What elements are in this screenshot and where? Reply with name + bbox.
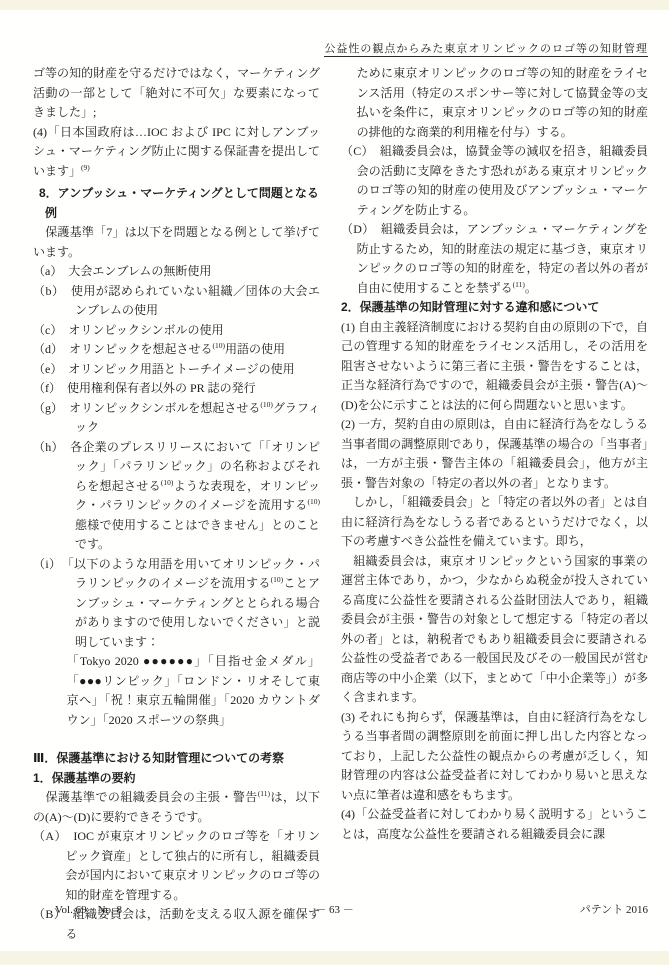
text-run: 大会エンブレムの無断使用 (68, 264, 211, 278)
text-run: (1) 自由主義経済制度における契約自由の原則の下で，自己の管理する知的財産をラ… (341, 320, 648, 412)
text-run: (4)「公益受益者に対してわかり易く説明する」ということは，高度な公益性を要請さ… (341, 807, 648, 841)
text-run: (4)「日本国政府は…IOC および IPC に対しアンブッシュ・マーケティング… (33, 125, 320, 178)
text-run: 。 (525, 281, 537, 295)
list-item-D: （D） 組織委員会は，アンブッシュ・マーケティングを防止するため，知的財産法の規… (341, 220, 648, 298)
paragraph-point-1: (1) 自由主義経済制度における契約自由の原則の下で，自己の管理する知的財産をラ… (341, 318, 648, 416)
text-run: しかし，「組織委員会」と「特定の者以外の者」とは自由に経済行為をなしうる者である… (341, 495, 648, 548)
list-item-marker: （a） (33, 264, 68, 278)
text-run: 組織委員会は，協賛金等の減収を招き，組織委員会の活動に支障をきたす恐れがある東京… (357, 144, 648, 217)
text-run: オリンピック用語とトーチイメージの使用 (68, 362, 294, 376)
list-item-g: （g） オリンピックシンボルを想起させる(10)グラフィック (33, 399, 320, 438)
list-item-marker: （b） (33, 284, 71, 298)
footnote-ref: (10) (308, 497, 321, 506)
list-item-marker: （c） (33, 323, 68, 337)
list-item-e: （e） オリンピック用語とトーチイメージの使用 (33, 360, 320, 380)
list-item-B-continuation: ために東京オリンピックのロゴ等の知的財産をライセンス活用（特定のスポンサー等に対… (341, 64, 648, 142)
text-run: 8．アンブッシュ・マーケティングとして問題となる 例 (39, 186, 319, 220)
text-run: 保護基準での組織委員会の主張・警告 (33, 790, 258, 804)
text-run: 用語の使用 (225, 342, 285, 356)
footnote-ref: (9) (81, 163, 90, 172)
subsection-heading-3-2: 2．保護基準の知財管理に対する違和感について (341, 298, 648, 318)
list-item-c: （c） オリンピックシンボルの使用 (33, 321, 320, 341)
list-item-A: （A） IOC が東京オリンピックのロゴ等を「オリンピック資産」として独占的に所… (33, 827, 320, 905)
list-item-marker: （f） (33, 381, 67, 395)
text-run: 2．保護基準の知財管理に対する違和感について (341, 300, 599, 314)
text-run: 使用が認められていない組織／団体の大会エンブレムの使用 (71, 284, 320, 318)
paragraph-point-4: (4)「公益受益者に対してわかり易く説明する」ということは，高度な公益性を要請さ… (341, 805, 648, 844)
list-item-marker: （g） (33, 401, 69, 415)
list-item-marker: （A） (33, 829, 73, 843)
text-run: 「Tokyo 2020 ●●●●●●」「目指せ金メダル」「●●●リンピック」「ロ… (67, 654, 320, 727)
list-item-f: （f） 使用権利保有者以外の PR 誌の発行 (33, 379, 320, 399)
article-body: ゴ等の知的財産を守るだけではなく，マーケティング活動の一部として「絶対に不可欠」… (33, 64, 648, 944)
list-item-b: （b） 使用が認められていない組織／団体の大会エンブレムの使用 (33, 282, 320, 321)
text-run: 保護基準「7」は以下を問題となる例として挙げています。 (33, 225, 320, 259)
list-item-marker: （d） (33, 342, 69, 356)
section-heading-3: Ⅲ．保護基準における知財管理についての考察 (33, 749, 320, 769)
list-item-d: （d） オリンピックを想起させる(10)用語の使用 (33, 340, 320, 360)
list-item-h: （h） 各企業のプレスリリースにおいて「「オリンピック」「パラリンピック」の名称… (33, 438, 320, 555)
text-run: ために東京オリンピックのロゴ等の知的財産をライセンス活用（特定のスポンサー等に対… (357, 66, 648, 139)
paragraph-committee-public: 組織委員会は，東京オリンピックという国家的事業の運営主体であり，かつ，少なからぬ… (341, 552, 648, 708)
paragraph-however: しかし，「組織委員会」と「特定の者以外の者」とは自由に経済行為をなしうる者である… (341, 493, 648, 552)
paragraph-point-2: (2) 一方，契約自由の原則は，自由に経済行為をなしうる当事者間の調整原則であり… (341, 415, 648, 493)
list-item-C: （C） 組織委員会は，協賛金等の減収を招き，組織委員会の活動に支障をきたす恐れが… (341, 142, 648, 220)
text-run: Ⅲ．保護基準における知財管理についての考察 (33, 751, 284, 765)
scan-margin-bottom (0, 951, 669, 965)
text-run: オリンピックを想起させる (69, 342, 213, 356)
list-item-marker: （D） (341, 222, 381, 236)
running-head-title: 公益性の観点からみた東京オリンピックのロゴ等の知財管理 (324, 43, 648, 57)
text-run: (3) それにも拘らず，保護基準は，自由に経済行為をなしうる当事者間の調整原則を… (341, 710, 648, 802)
list-item-i: （i） 「以下のような用語を用いてオリンピック・パラリンピックのイメージを流用す… (33, 555, 320, 653)
text-run: IOC が東京オリンピックのロゴ等を「オリンピック資産」として独占的に所有し，組… (65, 829, 320, 902)
footnote-ref: (10) (213, 341, 226, 350)
paragraph-point-3: (3) それにも拘らず，保護基準は，自由に経済行為をなしうる当事者間の調整原則を… (341, 708, 648, 806)
text-run: 組織委員会は，アンブッシュ・マーケティングを防止するため，知的財産法の規定に基づ… (357, 222, 648, 295)
footer-journal-name: パテント 2016 (580, 901, 648, 917)
column-left: ゴ等の知的財産を守るだけではなく，マーケティング活動の一部として「絶対に不可欠」… (33, 64, 320, 944)
paragraph-summary-intro: 保護基準での組織委員会の主張・警告(11)は，以下の(A)～(D)に要約できそう… (33, 788, 320, 827)
paragraph-quote-4: (4)「日本国政府は…IOC および IPC に対しアンブッシュ・マーケティング… (33, 123, 320, 182)
text-run: オリンピックシンボルを想起させる (69, 401, 260, 415)
section-heading-8: 8．アンブッシュ・マーケティングとして問題となる 例 (33, 184, 320, 223)
list-item-marker: （i） (33, 557, 68, 571)
list-item-a: （a） 大会エンブレムの無断使用 (33, 262, 320, 282)
footnote-ref: (10) (161, 478, 174, 487)
footnote-ref: (11) (258, 789, 270, 798)
scan-margin-top (0, 0, 669, 10)
list-item-marker: （h） (33, 440, 70, 454)
list-item-marker: （C） (341, 144, 380, 158)
footnote-ref: (11) (513, 280, 525, 289)
text-run: オリンピックシンボルの使用 (68, 323, 223, 337)
quoted-example-terms: 「Tokyo 2020 ●●●●●●」「目指せ金メダル」「●●●リンピック」「ロ… (33, 652, 320, 730)
paragraph-intro: 保護基準「7」は以下を問題となる例として挙げています。 (33, 223, 320, 262)
paragraph-continuation: ゴ等の知的財産を守るだけではなく，マーケティング活動の一部として「絶対に不可欠」… (33, 64, 320, 123)
text-run: 組織委員会は，東京オリンピックという国家的事業の運営主体であり，かつ，少なからぬ… (341, 554, 648, 705)
text-run: 1．保護基準の要約 (33, 771, 136, 785)
footer-page-number: － 63 － (315, 901, 354, 917)
text-run: 使用権利保有者以外の PR 誌の発行 (67, 381, 256, 395)
list-item-marker: （e） (33, 362, 68, 376)
text-run: 態様で使用することはできません」とのことです。 (75, 518, 320, 552)
footnote-ref: (10) (271, 575, 284, 584)
text-run: ゴ等の知的財産を守るだけではなく，マーケティング活動の一部として「絶対に不可欠」… (33, 66, 320, 119)
page-header: 公益性の観点からみた東京オリンピックのロゴ等の知財管理 (33, 40, 648, 56)
footnote-ref: (10) (260, 400, 273, 409)
text-run: (2) 一方，契約自由の原則は，自由に経済行為をなしうる当事者間の調整原則であり… (341, 417, 648, 490)
subsection-heading-3-1: 1．保護基準の要約 (33, 769, 320, 789)
footer-volume-number: Vol. 69 No. 8 (55, 901, 122, 917)
column-right: ために東京オリンピックのロゴ等の知的財産をライセンス活用（特定のスポンサー等に対… (341, 64, 648, 944)
